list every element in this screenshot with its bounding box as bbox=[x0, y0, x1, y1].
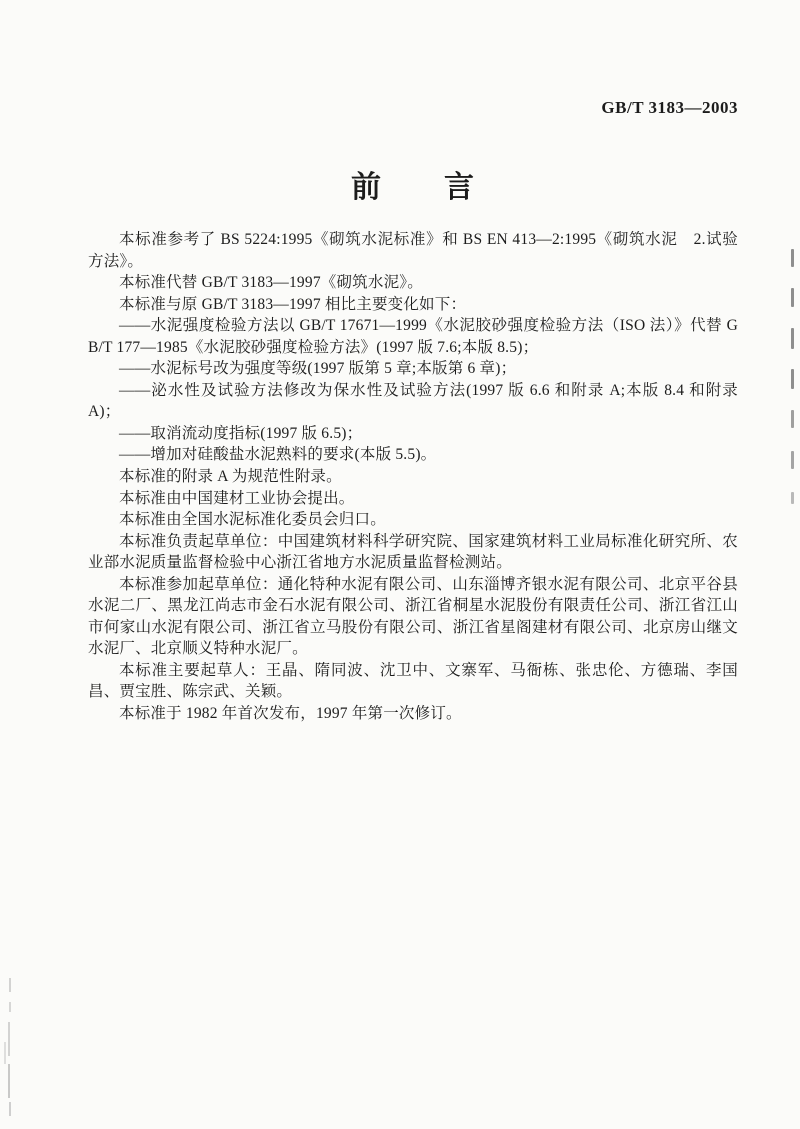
foreword-paragraph: 本标准由全国水泥标准化委员会归口。 bbox=[88, 509, 738, 531]
scan-artifact-mark bbox=[8, 1064, 10, 1098]
scan-artifact-mark bbox=[9, 1002, 11, 1012]
foreword-paragraph: ——水泥强度检验方法以 GB/T 17671—1999《水泥胶砂强度检验方法（I… bbox=[88, 315, 738, 358]
foreword-paragraph: 本标准的附录 A 为规范性附录。 bbox=[88, 466, 738, 488]
scan-artifact-mark bbox=[791, 369, 794, 389]
foreword-paragraph: 本标准负责起草单位：中国建筑材料科学研究院、国家建筑材料工业局标准化研究所、农业… bbox=[88, 531, 738, 574]
foreword-paragraph: 本标准于 1982 年首次发布，1997 年第一次修订。 bbox=[88, 703, 738, 725]
foreword-paragraph: 本标准参加起草单位：通化特种水泥有限公司、山东淄博齐银水泥有限公司、北京平谷县水… bbox=[88, 574, 738, 660]
scan-artifact-mark bbox=[4, 1042, 6, 1064]
scan-artifact-mark bbox=[791, 249, 794, 267]
scan-artifact-mark bbox=[791, 451, 794, 469]
standard-code-header: GB/T 3183—2003 bbox=[601, 98, 738, 118]
scan-artifact-mark bbox=[791, 410, 794, 428]
foreword-paragraph: 本标准主要起草人：王晶、隋同波、沈卫中、文寨军、马衙栋、张忠伦、方德瑞、李国昌、… bbox=[88, 660, 738, 703]
foreword-paragraph: 本标准与原 GB/T 3183—1997 相比主要变化如下： bbox=[88, 294, 738, 316]
scan-artifact-mark bbox=[9, 1102, 11, 1116]
scan-artifact-mark bbox=[8, 1022, 10, 1056]
scan-artifact-mark bbox=[9, 978, 11, 992]
foreword-paragraph: 本标准参考了 BS 5224:1995《砌筑水泥标准》和 BS EN 413—2… bbox=[88, 229, 738, 272]
scan-artifact-mark bbox=[791, 492, 794, 504]
page-title: 前 言 bbox=[88, 162, 738, 206]
foreword-paragraph: ——水泥标号改为强度等级(1997 版第 5 章;本版第 6 章)； bbox=[88, 358, 738, 380]
foreword-paragraph: ——增加对硅酸盐水泥熟料的要求(本版 5.5)。 bbox=[88, 444, 738, 466]
scanned-document-page: GB/T 3183—2003 前 言 本标准参考了 BS 5224:1995《砌… bbox=[0, 0, 800, 1129]
foreword-paragraph: ——泌水性及试验方法修改为保水性及试验方法(1997 版 6.6 和附录 A;本… bbox=[88, 380, 738, 423]
foreword-body: 本标准参考了 BS 5224:1995《砌筑水泥标准》和 BS EN 413—2… bbox=[88, 229, 738, 725]
scan-artifact-mark bbox=[791, 288, 794, 307]
foreword-paragraph: 本标准代替 GB/T 3183—1997《砌筑水泥》。 bbox=[88, 272, 738, 294]
scan-artifact-mark bbox=[791, 328, 794, 349]
foreword-paragraph: ——取消流动度指标(1997 版 6.5)； bbox=[88, 423, 738, 445]
foreword-paragraph: 本标准由中国建材工业协会提出。 bbox=[88, 488, 738, 510]
